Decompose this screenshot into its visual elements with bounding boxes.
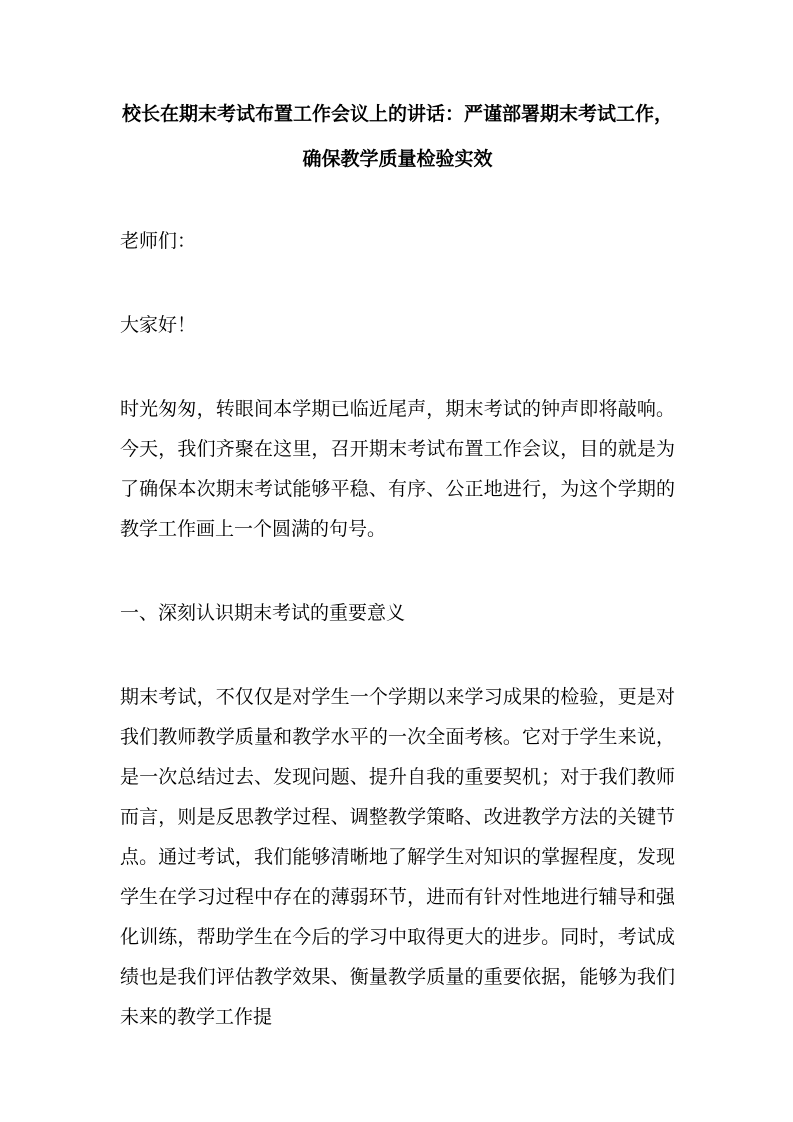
section-1-paragraph: 期末考试，不仅仅是对学生一个学期以来学习成果的检验，更是对我们教师教学质量和教学… <box>120 678 675 1038</box>
greeting-paragraph: 大家好！ <box>120 306 675 346</box>
document-title: 校长在期末考试布置工作会议上的讲话：严谨部署期末考试工作，确保教学质量检验实效 <box>120 92 675 182</box>
salutation-paragraph: 老师们： <box>120 222 675 262</box>
intro-paragraph: 时光匆匆，转眼间本学期已临近尾声，期末考试的钟声即将敲响。今天，我们齐聚在这里，… <box>120 390 675 550</box>
section-1-heading: 一、深刻认识期末考试的重要意义 <box>120 594 675 634</box>
document-page: 校长在期末考试布置工作会议上的讲话：严谨部署期末考试工作，确保教学质量检验实效 … <box>0 0 793 1122</box>
